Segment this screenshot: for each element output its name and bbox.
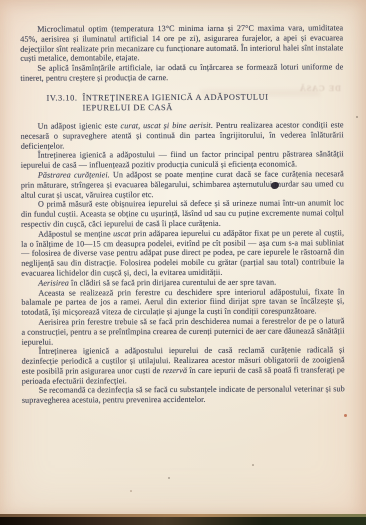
body-text: Aerisirea prin ferestre trebuie să se fa… xyxy=(21,316,344,346)
paper-speck xyxy=(130,490,132,492)
section-heading: IV.3.10. ÎNTREȚINEREA IGIENICĂ A ADĂPOST… xyxy=(46,92,343,114)
body-text: Adăpostul se menține xyxy=(38,229,113,238)
paper-speck xyxy=(356,116,358,118)
emphasized-text: curat, uscat și bine aerisit xyxy=(121,121,211,130)
photo-background xyxy=(0,517,366,525)
emphasized-text: uscat xyxy=(113,229,131,238)
paragraph: Întreținerea igienică a adăpostului — fi… xyxy=(21,150,344,171)
body-text: Întreținerea igienică a adăpostului — fi… xyxy=(21,150,344,170)
emphasized-text: rezervă xyxy=(162,366,187,375)
section-number: IV.3.10. xyxy=(46,93,77,114)
paragraph: Aceasta se realizează prin ferestre cu d… xyxy=(21,287,344,318)
emphasized-text: Aerisirea xyxy=(38,278,69,287)
paper-speck xyxy=(344,414,347,417)
paragraph: Se recomandă ca dezinfecția să se facă c… xyxy=(22,385,345,406)
section-paragraphs: Un adăpost igienic este curat, uscat și … xyxy=(21,120,345,406)
body-text: în clădiri să se facă prin dirijarea cur… xyxy=(69,277,276,287)
book-page: DE CASĂ Microclimatul optim (temperatura… xyxy=(0,0,366,516)
body-text: Microclimatul optim (temperatura 13°C mi… xyxy=(20,23,343,63)
intro-paragraphs: Microclimatul optim (temperatura 13°C mi… xyxy=(20,23,343,83)
photo-of-book-page: DE CASĂ Microclimatul optim (temperatura… xyxy=(0,0,366,525)
paragraph: Se aplică însămînțările artificiale, iar… xyxy=(20,62,343,83)
body-text: Un adăpost igienic este xyxy=(38,121,121,130)
body-text: Se recomandă ca dezinfecția să se facă c… xyxy=(22,385,345,405)
paragraph: Păstrarea curățeniei. Un adăpost se poat… xyxy=(21,169,344,200)
page-text: Microclimatul optim (temperatura 13°C mi… xyxy=(20,23,345,405)
section-title-line: ÎNTREȚINEREA IGIENICĂ A ADĂPOSTULUI xyxy=(82,92,268,103)
paragraph: Microclimatul optim (temperatura 13°C mi… xyxy=(20,23,343,64)
body-text: Se aplică însămînțările artificiale, iar… xyxy=(20,62,343,82)
emphasized-text: Păstrarea curățeniei. xyxy=(38,170,110,179)
paragraph: Întreținerea igienică a adăpostului iepu… xyxy=(22,346,345,387)
section-title-line: IEPURELUI DE CASĂ xyxy=(83,103,269,114)
section-title: ÎNTREȚINEREA IGIENICĂ A ADĂPOSTULUI IEPU… xyxy=(82,92,268,114)
paragraph: Un adăpost igienic este curat, uscat și … xyxy=(21,120,344,151)
paper-speck xyxy=(252,464,254,466)
paragraph: O primă măsură este obișnuirea iepurelui… xyxy=(21,199,344,230)
body-text: O primă măsură este obișnuirea iepurelui… xyxy=(21,199,344,229)
paragraph: Aerisirea prin ferestre trebuie să se fa… xyxy=(21,316,344,347)
body-text: Aceasta se realizează prin ferestre cu d… xyxy=(21,287,344,317)
paper-speck xyxy=(168,477,170,479)
paragraph: Adăpostul se menține uscat prin adăparea… xyxy=(21,228,344,278)
